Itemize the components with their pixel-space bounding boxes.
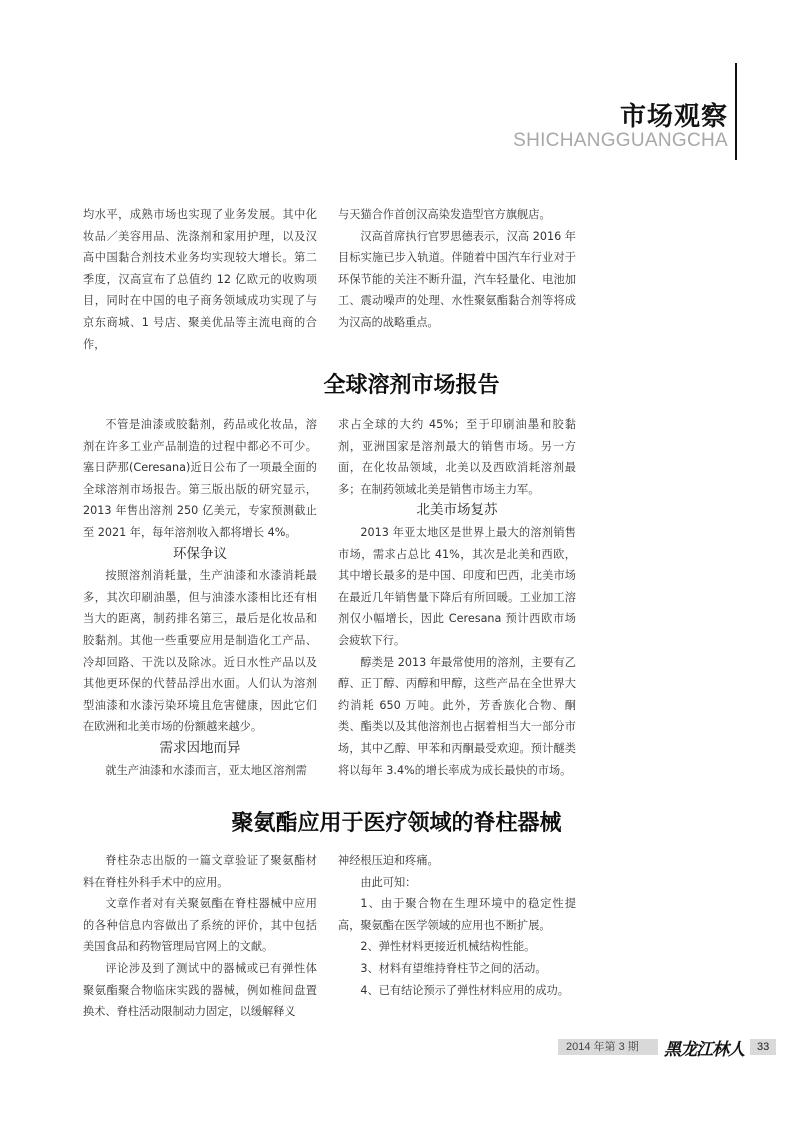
paragraph: 脊柱杂志出版的一篇文章验证了聚氨酯材料在脊柱外科手术中的应用。: [83, 850, 317, 893]
paragraph: 均水平，成熟市场也实现了业务发展。其中化妆品／美容用品、洗涤剂和家用护理，以及汉…: [83, 204, 317, 355]
list-item: 2、弹性材料更接近机械结构性能。: [338, 936, 576, 958]
paragraph: 与天猫合作首创汉高染发造型官方旗舰店。: [338, 204, 576, 226]
magazine-logo: 黑龙江林人: [664, 1035, 744, 1060]
article-headline-polyurethane: 聚氨酯应用于医疗领域的脊柱器械: [0, 806, 793, 837]
header-vertical-rule: [735, 63, 737, 160]
list-item: 3、材料有望维持脊柱节之间的活动。: [338, 958, 576, 980]
page-footer: 2014 年第 3 期 黑龙江林人 33: [558, 1038, 776, 1056]
paragraph: 不管是油漆或胶黏剂，药品或化妆品，溶剂在许多工业产品制造的过程中都必不可少。塞日…: [83, 414, 317, 544]
paragraph: 由此可知：: [338, 872, 576, 894]
paragraph: 醇类是 2013 年最常使用的溶剂，主要有乙醇、正丁醇、丙醇和甲醇，这些产品在全…: [338, 652, 576, 782]
article-headline-solvent: 全球溶剂市场报告: [0, 368, 793, 399]
issue-label: 2014 年第 3 期: [558, 1039, 658, 1055]
pu-article-column-2: 神经根压迫和疼痛。 由此可知： 1、由于聚合物在生理环境中的稳定性提高，聚氨酯在…: [338, 850, 576, 1001]
paragraph: 就生产油漆和水漆而言，亚太地区溶剂需: [83, 760, 317, 782]
list-item: 1、由于聚合物在生理环境中的稳定性提高，聚氨酯在医学领域的应用也不断扩展。: [338, 893, 576, 936]
pu-article-column-1: 脊柱杂志出版的一篇文章验证了聚氨酯材料在脊柱外科手术中的应用。 文章作者对有关聚…: [83, 850, 317, 1023]
paragraph: 按照溶剂消耗量，生产油漆和水漆消耗最多，其次印刷油墨，但与油漆水漆相比还有相当大…: [83, 565, 317, 738]
paragraph: 评论涉及到了测试中的器械或已有弹性体聚氨酯聚合物临床实践的器械，例如椎间盘置换术…: [83, 958, 317, 1023]
solvent-article-column-2: 求占全球的大约 45%；至于印刷油墨和胶黏剂，亚洲国家是溶剂最大的销售市场。另一…: [338, 414, 576, 781]
list-item: 4、已有结论预示了弹性材料应用的成功。: [338, 980, 576, 1002]
paragraph: 求占全球的大约 45%；至于印刷油墨和胶黏剂，亚洲国家是溶剂最大的销售市场。另一…: [338, 414, 576, 500]
prev-article-column-1: 均水平，成熟市场也实现了业务发展。其中化妆品／美容用品、洗涤剂和家用护理，以及汉…: [83, 204, 317, 355]
paragraph: 2013 年亚太地区是世界上最大的溶剂销售市场，需求占总比 41%，其次是北美和…: [338, 522, 576, 652]
section-subtitle: SHICHANGGUANGCHA: [513, 130, 728, 152]
paragraph: 汉高首席执行官罗思德表示，汉高 2016 年目标实施已步入轨道。伴随着中国汽车行…: [338, 226, 576, 334]
subheading: 北美市场复苏: [338, 500, 576, 522]
prev-article-column-2: 与天猫合作首创汉高染发造型官方旗舰店。 汉高首席执行官罗思德表示，汉高 2016…: [338, 204, 576, 334]
paragraph: 文章作者对有关聚氨酯在脊柱器械中应用的各种信息内容做出了系统的评价，其中包括美国…: [83, 893, 317, 958]
solvent-article-column-1: 不管是油漆或胶黏剂，药品或化妆品，溶剂在许多工业产品制造的过程中都必不可少。塞日…: [83, 414, 317, 781]
section-title: 市场观察: [620, 96, 728, 133]
paragraph: 神经根压迫和疼痛。: [338, 850, 576, 872]
subheading: 环保争议: [83, 544, 317, 566]
page-number: 33: [750, 1039, 776, 1055]
subheading: 需求因地而异: [83, 738, 317, 760]
